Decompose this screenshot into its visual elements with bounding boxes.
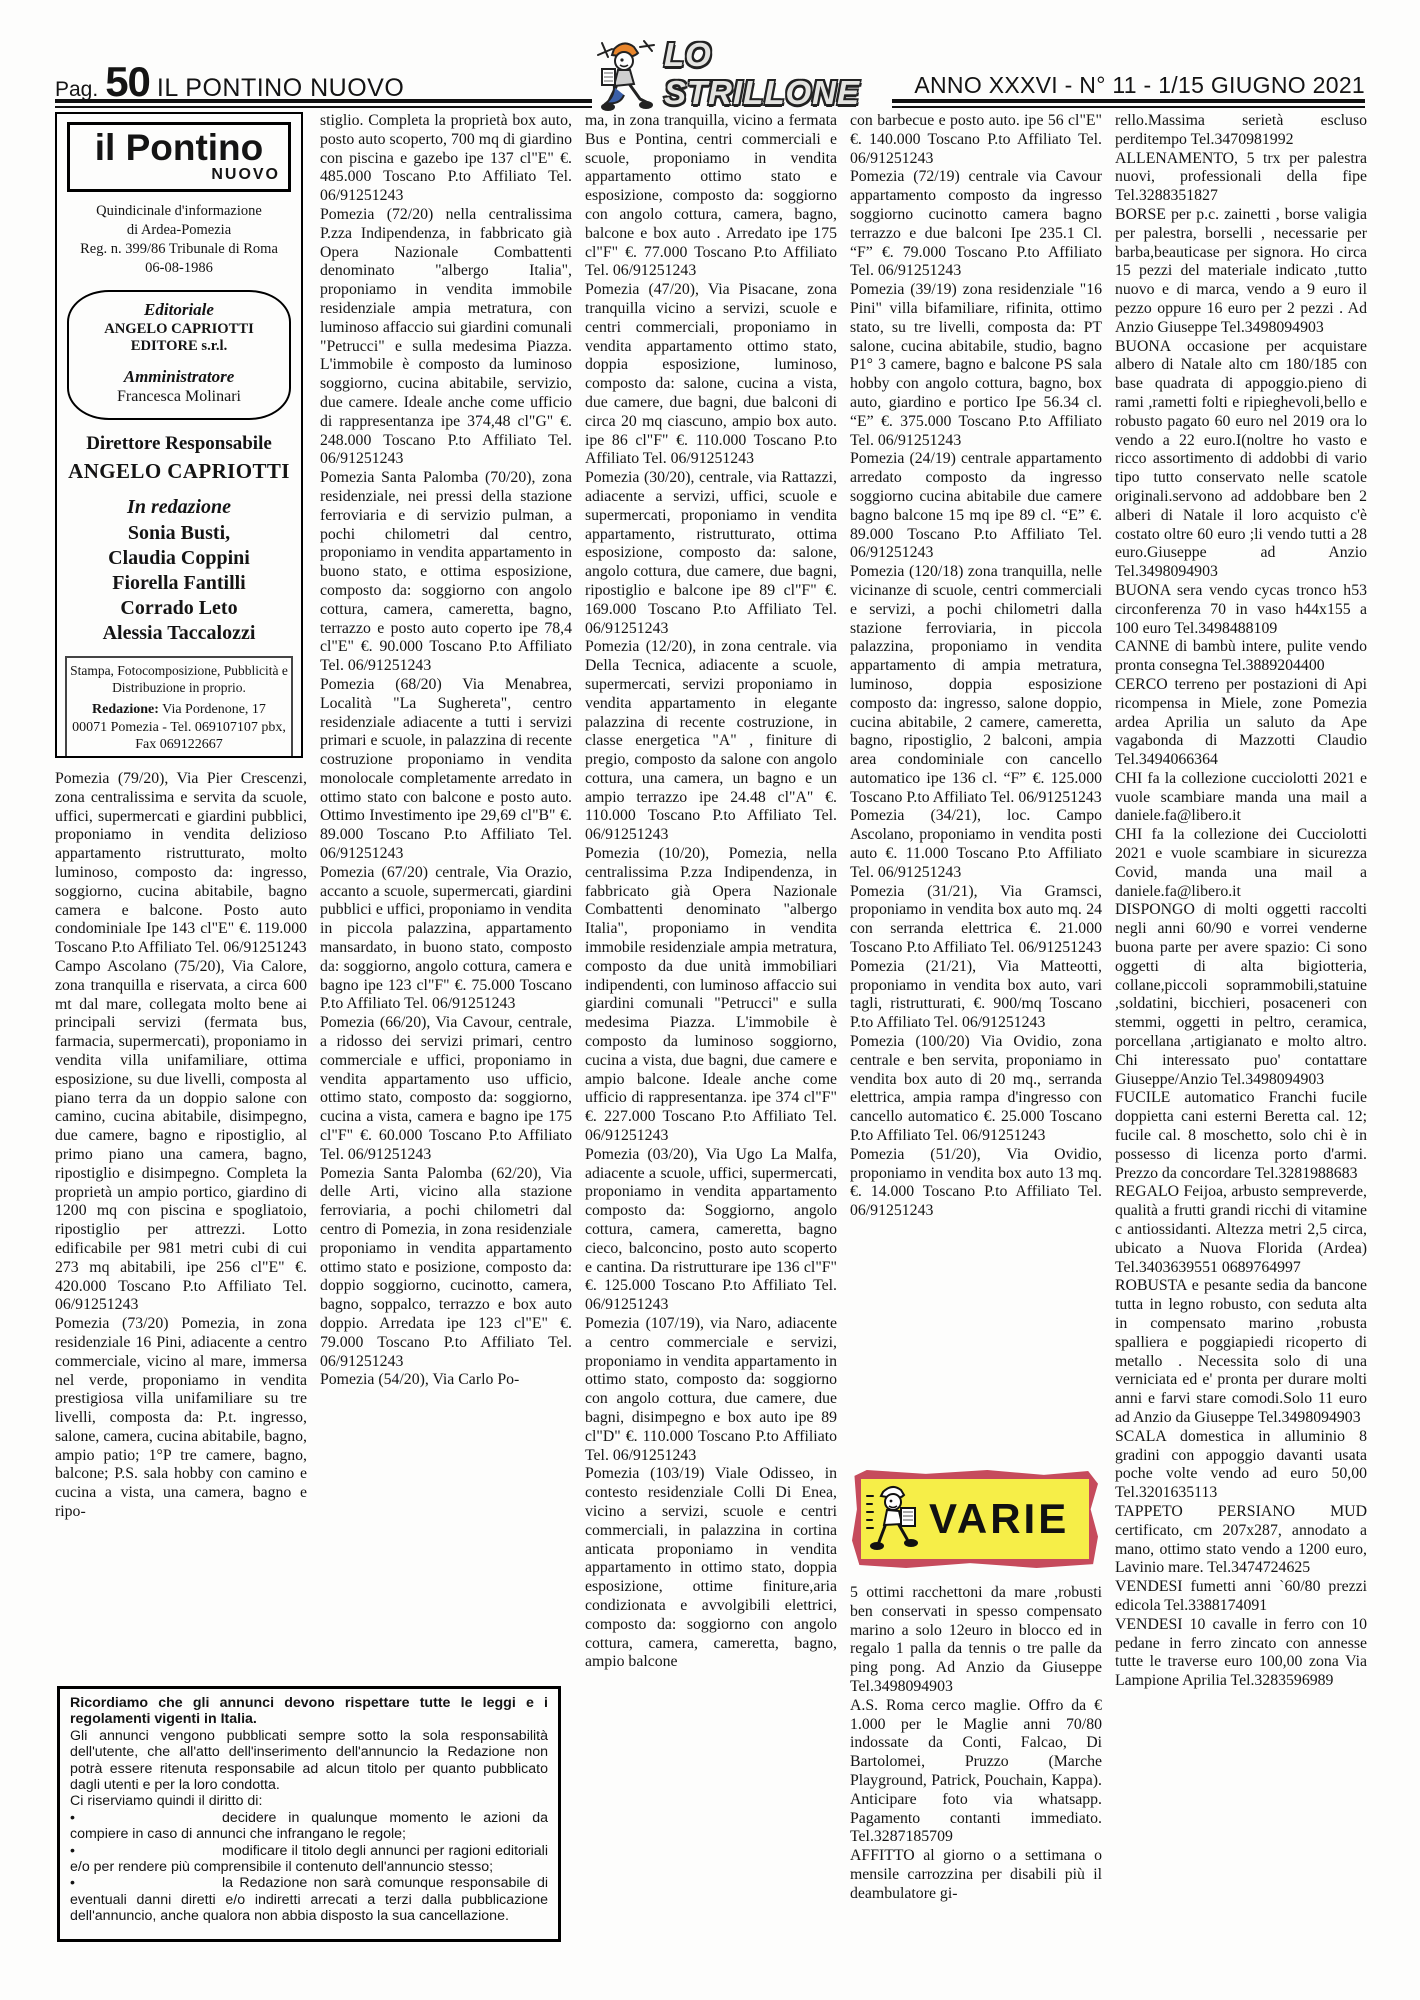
address-line: 00071 Pomezia - Tel. 069107107 pbx,: [72, 720, 286, 735]
classified-ad: Pomezia (67/20) centrale, Via Orazio, ac…: [320, 864, 572, 1014]
classified-ad: Pomezia Santa Palomba (62/20), Via delle…: [320, 1165, 572, 1372]
disclaimer-intro: Ci riserviamo quindi il diritto di:: [70, 1793, 548, 1809]
ads-column-2: stiglio. Completa la proprietà box auto,…: [320, 112, 572, 1680]
masthead-info-line: di Ardea-Pomezia: [65, 221, 293, 240]
classified-ad: Pomezia (120/18) zona tranquilla, nelle …: [850, 563, 1102, 807]
classified-ad: Campo Ascolano (75/20), Via Calore, zona…: [55, 958, 307, 1315]
classified-ad: ALLENAMENTO, 5 trx per palestra nuovi, p…: [1115, 150, 1367, 206]
masthead: il Pontino NUOVO Quindicinale d'informaz…: [55, 112, 303, 758]
classified-ad: CANNE di bambù intere, pulite vendo pron…: [1115, 638, 1367, 676]
editorial-box: Editoriale ANGELO CAPRIOTTI EDITORE s.r.…: [67, 290, 291, 420]
classified-ad: FUCILE automatico Franchi fucile doppiet…: [1115, 1089, 1367, 1183]
classified-ad: con barbecue e posto auto. ipe 56 cl"E" …: [850, 112, 1102, 168]
varie-section-banner: VARIE: [852, 1470, 1098, 1568]
classified-ad: Pomezia (47/20), Via Pisacane, zona tran…: [585, 281, 837, 469]
classified-ad: Pomezia (54/20), Via Carlo Po-: [320, 1371, 572, 1390]
ads-column-4-top: con barbecue e posto auto. ipe 56 cl"E" …: [850, 112, 1102, 1468]
masthead-title-box: il Pontino NUOVO: [67, 122, 291, 192]
ads-column-3: ma, in zona tranquilla, vicino a fermata…: [585, 112, 837, 1994]
classified-ad: Pomezia (79/20), Via Pier Crescenzi, zon…: [55, 770, 307, 958]
classified-ad: Pomezia (72/20) nella centralissima P.zz…: [320, 206, 572, 469]
classified-ad: Pomezia (03/20), Via Ugo La Malfa, adiac…: [585, 1146, 837, 1315]
ads-column-4-bottom: 5 ottimi racchettoni da mare ,robusti be…: [850, 1584, 1102, 1996]
classified-ad: Pomezia (24/19) centrale appartamento ar…: [850, 450, 1102, 563]
classified-ad: Pomezia (66/20), Via Cavour, centrale, a…: [320, 1014, 572, 1164]
classified-ad: CHI fa la collezione cucciolotti 2021 e …: [1115, 770, 1367, 826]
strillone-logo: LO STRILLONE: [592, 34, 892, 114]
redaction-names: Sonia Busti,Claudia CoppiniFiorella Fant…: [65, 521, 293, 646]
classified-ad: Pomezia (68/20) Via Menabrea, Località "…: [320, 676, 572, 864]
classified-ad: Pomezia (51/20), Via Ovidio, proponiamo …: [850, 1146, 1102, 1221]
classified-ad: 5 ottimi racchettoni da mare ,robusti be…: [850, 1584, 1102, 1697]
disclaimer-bullet: la Redazione non sarà comunque responsab…: [70, 1875, 548, 1924]
redaction-label: In redazione: [65, 496, 293, 519]
classified-ad: Pomezia Santa Palomba (70/20), zona resi…: [320, 469, 572, 676]
classified-ad: rello.Massima serietà escluso perditempo…: [1115, 112, 1367, 150]
redazione-address: Redazione: Via Pordenone, 17 00071 Pomez…: [70, 701, 288, 754]
classified-ad: Pomezia (12/20), in zona centrale. via D…: [585, 638, 837, 845]
classified-ad: CHI fa la collezione dei Cucciolotti 202…: [1115, 826, 1367, 901]
fax-line: Fax 069122667: [135, 737, 223, 752]
disclaimer-body: Gli annunci vengono pubblicati sempre so…: [70, 1728, 548, 1794]
classified-ad: AFFITTO al giorno o a settimana o mensil…: [850, 1847, 1102, 1903]
masthead-info: Quindicinale d'informazionedi Ardea-Pome…: [65, 202, 293, 278]
newspaper-page: Pag. 50 IL PONTINO NUOVO ANNO XXXVI - N°…: [0, 0, 1420, 2000]
classified-ad: VENDESI 10 cavalle in ferro con 10 pedan…: [1115, 1616, 1367, 1691]
issue-info: ANNO XXXVI - N° 11 - 1/15 GIUGNO 2021: [914, 72, 1365, 99]
classified-ad: Pomezia (10/20), Pomezia, nella centrali…: [585, 845, 837, 1146]
classified-ad: BUONA sera vendo cycas tronco h53 circon…: [1115, 582, 1367, 638]
classified-ad: Pomezia (21/21), Via Matteotti, proponia…: [850, 958, 1102, 1033]
disclaimer-bullet: modificare il titolo degli annunci per r…: [70, 1843, 548, 1876]
redaction-name: Fiorella Fantilli: [65, 571, 293, 596]
classified-ad: BUONA occasione per acquistare albero di…: [1115, 338, 1367, 582]
redaction-name: Sonia Busti,: [65, 521, 293, 546]
masthead-info-line: 06-08-1986: [65, 259, 293, 278]
classified-ad: VENDESI fumetti anni `60/80 prezzi edico…: [1115, 1578, 1367, 1616]
classified-ad: ma, in zona tranquilla, vicino a fermata…: [585, 112, 837, 281]
ads-column-5: rello.Massima serietà escluso perditempo…: [1115, 112, 1367, 1996]
disclaimer-title: Ricordiamo che gli annunci devono rispet…: [70, 1695, 548, 1728]
classified-ad: A.S. Roma cerco maglie. Offro da € 1.000…: [850, 1697, 1102, 1847]
print-info-box: Stampa, Fotocomposizione, Pubblicità e D…: [65, 656, 293, 758]
director-name: ANGELO CAPRIOTTI: [65, 459, 293, 484]
classified-ad: SCALA domestica in alluminio 8 gradini c…: [1115, 1428, 1367, 1503]
classified-ad: BORSE per p.c. zainetti , borse valigia …: [1115, 206, 1367, 338]
varie-banner-inner: VARIE: [861, 1479, 1089, 1559]
classified-ad: Pomezia (72/19) centrale via Cavour appa…: [850, 168, 1102, 281]
classified-ad: Pomezia (107/19), via Naro, adiacente a …: [585, 1315, 837, 1465]
print-info-line: Stampa, Fotocomposizione, Pubblicità e D…: [70, 663, 288, 696]
classified-ad: CERCO terreno per postazioni di Api rico…: [1115, 676, 1367, 770]
redazione-address-label: Redazione:: [92, 702, 159, 717]
varie-label: VARIE: [929, 1495, 1069, 1543]
redaction-name: Alessia Taccalozzi: [65, 621, 293, 646]
classified-ad: Pomezia (31/21), Via Gramsci, proponiamo…: [850, 883, 1102, 958]
classified-ad: Pomezia (100/20) Via Ovidio, zona centra…: [850, 1033, 1102, 1146]
classified-ad: Pomezia (73/20) Pomezia, in zona residen…: [55, 1315, 307, 1522]
classified-ad: stiglio. Completa la proprietà box auto,…: [320, 112, 572, 206]
classified-ad: ROBUSTA e pesante sedia da bancone tutta…: [1115, 1277, 1367, 1427]
editorial-label: Editoriale: [73, 300, 285, 320]
newsboy-cartoon-icon: [592, 35, 660, 113]
masthead-info-line: Quindicinale d'informazione: [65, 202, 293, 221]
editorial-name: ANGELO CAPRIOTTI EDITORE s.r.l.: [73, 321, 285, 355]
classified-ad: Pomezia (30/20), centrale, via Rattazzi,…: [585, 469, 837, 638]
director-label: Direttore Responsabile: [65, 433, 293, 455]
classified-ad: TAPPETO PERSIANO MUD certificato, cm 207…: [1115, 1503, 1367, 1578]
admin-label: Amministratore: [73, 367, 285, 387]
masthead-title: il Pontino: [78, 127, 280, 169]
newsboy-cartoon-icon: [863, 1482, 925, 1556]
redaction-name: Corrado Leto: [65, 596, 293, 621]
logo-text: LO STRILLONE: [664, 36, 892, 112]
disclaimer-bullets: decidere in qualunque momento le azioni …: [70, 1810, 548, 1925]
admin-name: Francesca Molinari: [73, 388, 285, 406]
rules-disclaimer-box: Ricordiamo che gli annunci devono rispet…: [57, 1686, 561, 1942]
masthead-info-line: Reg. n. 399/86 Tribunale di Roma: [65, 240, 293, 259]
disclaimer-bullet: decidere in qualunque momento le azioni …: [70, 1810, 548, 1843]
classified-ad: Pomezia (34/21), loc. Campo Ascolano, pr…: [850, 807, 1102, 882]
redazione-address-value: Via Pordenone, 17: [159, 702, 266, 717]
classified-ad: Pomezia (39/19) zona residenziale "16 Pi…: [850, 281, 1102, 450]
classified-ad: Pomezia (103/19) Viale Odisseo, in conte…: [585, 1465, 837, 1672]
redaction-name: Claudia Coppini: [65, 546, 293, 571]
classified-ad: DISPONGO di molti oggetti raccolti negli…: [1115, 901, 1367, 1089]
classified-ad: REGALO Feijoa, arbusto sempreverde, qual…: [1115, 1183, 1367, 1277]
ads-column-1: Pomezia (79/20), Via Pier Crescenzi, zon…: [55, 770, 307, 1675]
